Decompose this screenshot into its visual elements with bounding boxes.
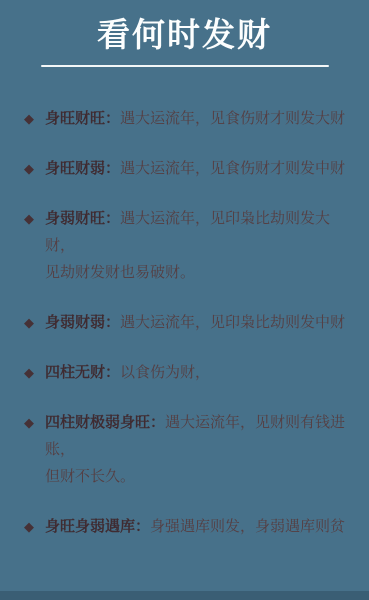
bottom-edge-strip bbox=[0, 591, 369, 600]
list-item-text: 身旺财旺：遇大运流年，见食伤财才则发大财 bbox=[45, 105, 359, 132]
item-body: 遇大运流年，见食伤财才则发大财 bbox=[120, 110, 345, 127]
diamond-bullet-icon: ◆ bbox=[24, 409, 45, 436]
item-body: 身强遇库则发，身弱遇库则贫 bbox=[150, 518, 345, 535]
list-item-text: 身旺身弱遇库：身强遇库则发，身弱遇库则贫 bbox=[45, 513, 359, 540]
list-item: ◆四柱财极弱身旺：遇大运流年，见财则有钱进账， 但财不长久。 bbox=[24, 409, 359, 490]
header: 看何时发财 bbox=[0, 0, 369, 67]
item-heading: 身旺财旺： bbox=[45, 110, 120, 127]
list-item-text: 身弱财弱：遇大运流年，见印枭比劫则发中财 bbox=[45, 309, 359, 336]
item-heading: 四柱无财： bbox=[45, 364, 120, 381]
list-item: ◆身旺身弱遇库：身强遇库则发，身弱遇库则贫 bbox=[24, 513, 359, 540]
diamond-bullet-icon: ◆ bbox=[24, 205, 45, 232]
item-heading: 身弱财弱： bbox=[45, 314, 120, 331]
list-item-text: 四柱财极弱身旺：遇大运流年，见财则有钱进账， 但财不长久。 bbox=[45, 409, 359, 490]
item-heading: 身旺身弱遇库： bbox=[45, 518, 150, 535]
diamond-bullet-icon: ◆ bbox=[24, 359, 45, 386]
item-body: 遇大运流年，见食伤财才则发中财 bbox=[120, 160, 345, 177]
list-item: ◆身弱财旺：遇大运流年，见印枭比劫则发大财， 见劫财发财也易破财。 bbox=[24, 205, 359, 286]
diamond-bullet-icon: ◆ bbox=[24, 309, 45, 336]
diamond-bullet-icon: ◆ bbox=[24, 105, 45, 132]
item-heading: 身弱财旺： bbox=[45, 210, 120, 227]
item-body: 以食伤为财， bbox=[120, 364, 210, 381]
list-item: ◆身旺财弱：遇大运流年，见食伤财才则发中财 bbox=[24, 155, 359, 182]
diamond-bullet-icon: ◆ bbox=[24, 155, 45, 182]
list-item: ◆身旺财旺：遇大运流年，见食伤财才则发大财 bbox=[24, 105, 359, 132]
page-title: 看何时发财 bbox=[0, 15, 369, 55]
list-item-text: 四柱无财：以食伤为财， bbox=[45, 359, 359, 386]
list-item-text: 身旺财弱：遇大运流年，见食伤财才则发中财 bbox=[45, 155, 359, 182]
item-body: 遇大运流年，见印枭比劫则发中财 bbox=[120, 314, 345, 331]
item-heading: 身旺财弱： bbox=[45, 160, 120, 177]
list-item: ◆身弱财弱：遇大运流年，见印枭比劫则发中财 bbox=[24, 309, 359, 336]
tip-list: ◆身旺财旺：遇大运流年，见食伤财才则发大财 ◆身旺财弱：遇大运流年，见食伤财才则… bbox=[0, 67, 369, 540]
list-item: ◆四柱无财：以食伤为财， bbox=[24, 359, 359, 386]
info-card: 看何时发财 ◆身旺财旺：遇大运流年，见食伤财才则发大财 ◆身旺财弱：遇大运流年，… bbox=[0, 0, 369, 600]
item-heading: 四柱财极弱身旺： bbox=[45, 414, 165, 431]
list-item-text: 身弱财旺：遇大运流年，见印枭比劫则发大财， 见劫财发财也易破财。 bbox=[45, 205, 359, 286]
diamond-bullet-icon: ◆ bbox=[24, 513, 45, 540]
